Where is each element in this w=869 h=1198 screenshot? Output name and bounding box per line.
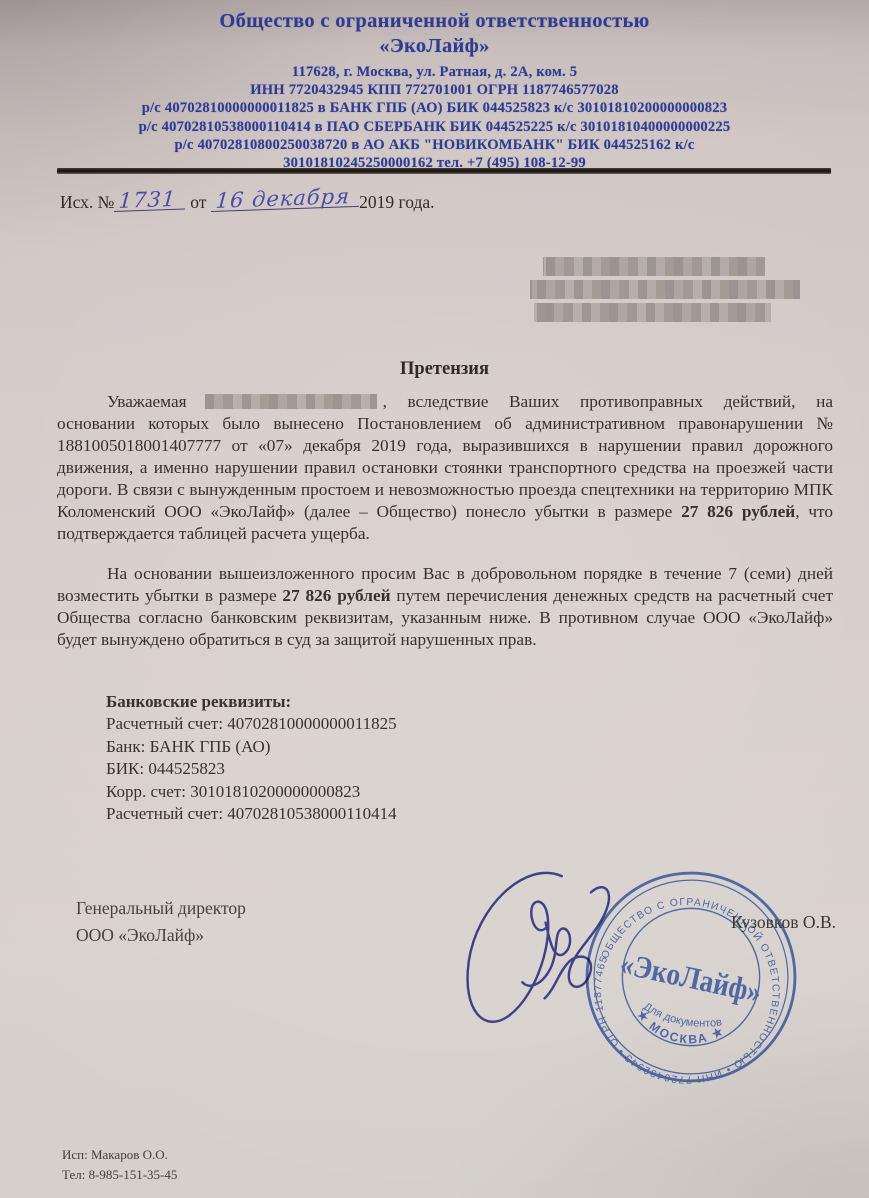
damages-amount-2: 27 826 рублей [282,586,390,605]
org-type-line: Общество с ограниченной ответственностью [0,9,869,34]
outgoing-number-handwritten: 1731 [114,190,187,212]
letterhead-bank-line-2: р/с 40702810538000110414 в ПАО СБЕРБАНК … [0,118,869,136]
recipient-block-redacted [530,257,802,322]
claim-paragraph-2: На основании вышеизложенного просим Вас … [57,563,833,651]
letterhead: Общество с ограниченной ответственностью… [0,9,869,172]
company-stamp: ОБЩЕСТВО С ОГРАНИЧЕННОЙ ОТВЕТСТВЕННОСТЬЮ… [559,845,822,1108]
outgoing-year: 2019 года. [359,192,434,212]
outgoing-ref-line: Исх. №1731 от 16 декабря2019 года. [60,192,435,213]
letterhead-bank-line-3: р/с 40702810800250038720 в АО АКБ "НОВИК… [0,136,869,154]
redacted-recipient-line-3 [534,303,771,322]
scanned-letter-page: Общество с ограниченной ответственностью… [0,0,869,1198]
bank-details-heading: Банковские реквизиты: [106,691,397,713]
stamp-center-text: «ЭкоЛайф» [617,946,764,1010]
letterhead-bank-line-1: р/с 40702810000000011825 в БАНК ГПБ (АО)… [0,99,869,117]
claim-paragraph-1: Уважаемая, вследствие Ваших противоправн… [57,391,833,545]
company-stamp-seal: ОБЩЕСТВО С ОГРАНИЧЕННОЙ ОТВЕТСТВЕННОСТЬЮ… [559,845,822,1108]
org-name-line: «ЭкоЛайф» [0,34,869,59]
bank-details-settlement-account-1: Расчетный счет: 40702810000000011825 [106,713,397,735]
letterhead-details: 117628, г. Москва, ул. Ратная, д. 2А, ко… [0,63,869,172]
outgoing-label: Исх. № [60,192,114,212]
redacted-addressee-name [205,394,377,409]
letterhead-address: 117628, г. Москва, ул. Ратная, д. 2А, ко… [0,63,869,81]
executor-name: Исп: Макаров О.О. [62,1145,177,1165]
damages-amount-1: 27 826 рублей [681,502,795,521]
executor-block: Исп: Макаров О.О. Тел: 8-985-151-35-45 [62,1145,177,1184]
signatory-position-line-1: Генеральный директор [76,895,246,922]
bank-details-corr-account: Корр. счет: 30101810200000000823 [106,781,397,803]
redacted-recipient-line-2 [530,280,800,299]
p1-text-start: Уважаемая [107,392,187,411]
bank-details-bik: БИК: 044525823 [106,758,397,780]
signatory-position-block: Генеральный директор ООО «ЭкоЛайф» [76,895,246,949]
outgoing-from-word: от [190,192,206,212]
outgoing-date-handwritten: 16 декабря [211,188,361,212]
executor-phone: Тел: 8-985-151-35-45 [62,1165,177,1185]
signatory-name: Кузовков О.В. [731,912,836,933]
bank-details-settlement-account-2: Расчетный счет: 40702810538000110414 [106,803,397,825]
bank-details-bank-name: Банк: БАНК ГПБ (АО) [106,736,397,758]
letterhead-tax-ids: ИНН 7720432945 КПП 772701001 ОГРН 118774… [0,81,869,99]
bank-details-block: Банковские реквизиты: Расчетный счет: 40… [106,691,397,825]
signatory-position-line-2: ООО «ЭкоЛайф» [76,922,246,949]
document-title: Претензия [57,359,832,380]
redacted-recipient-line-1 [543,257,765,276]
letterhead-divider [57,168,831,174]
